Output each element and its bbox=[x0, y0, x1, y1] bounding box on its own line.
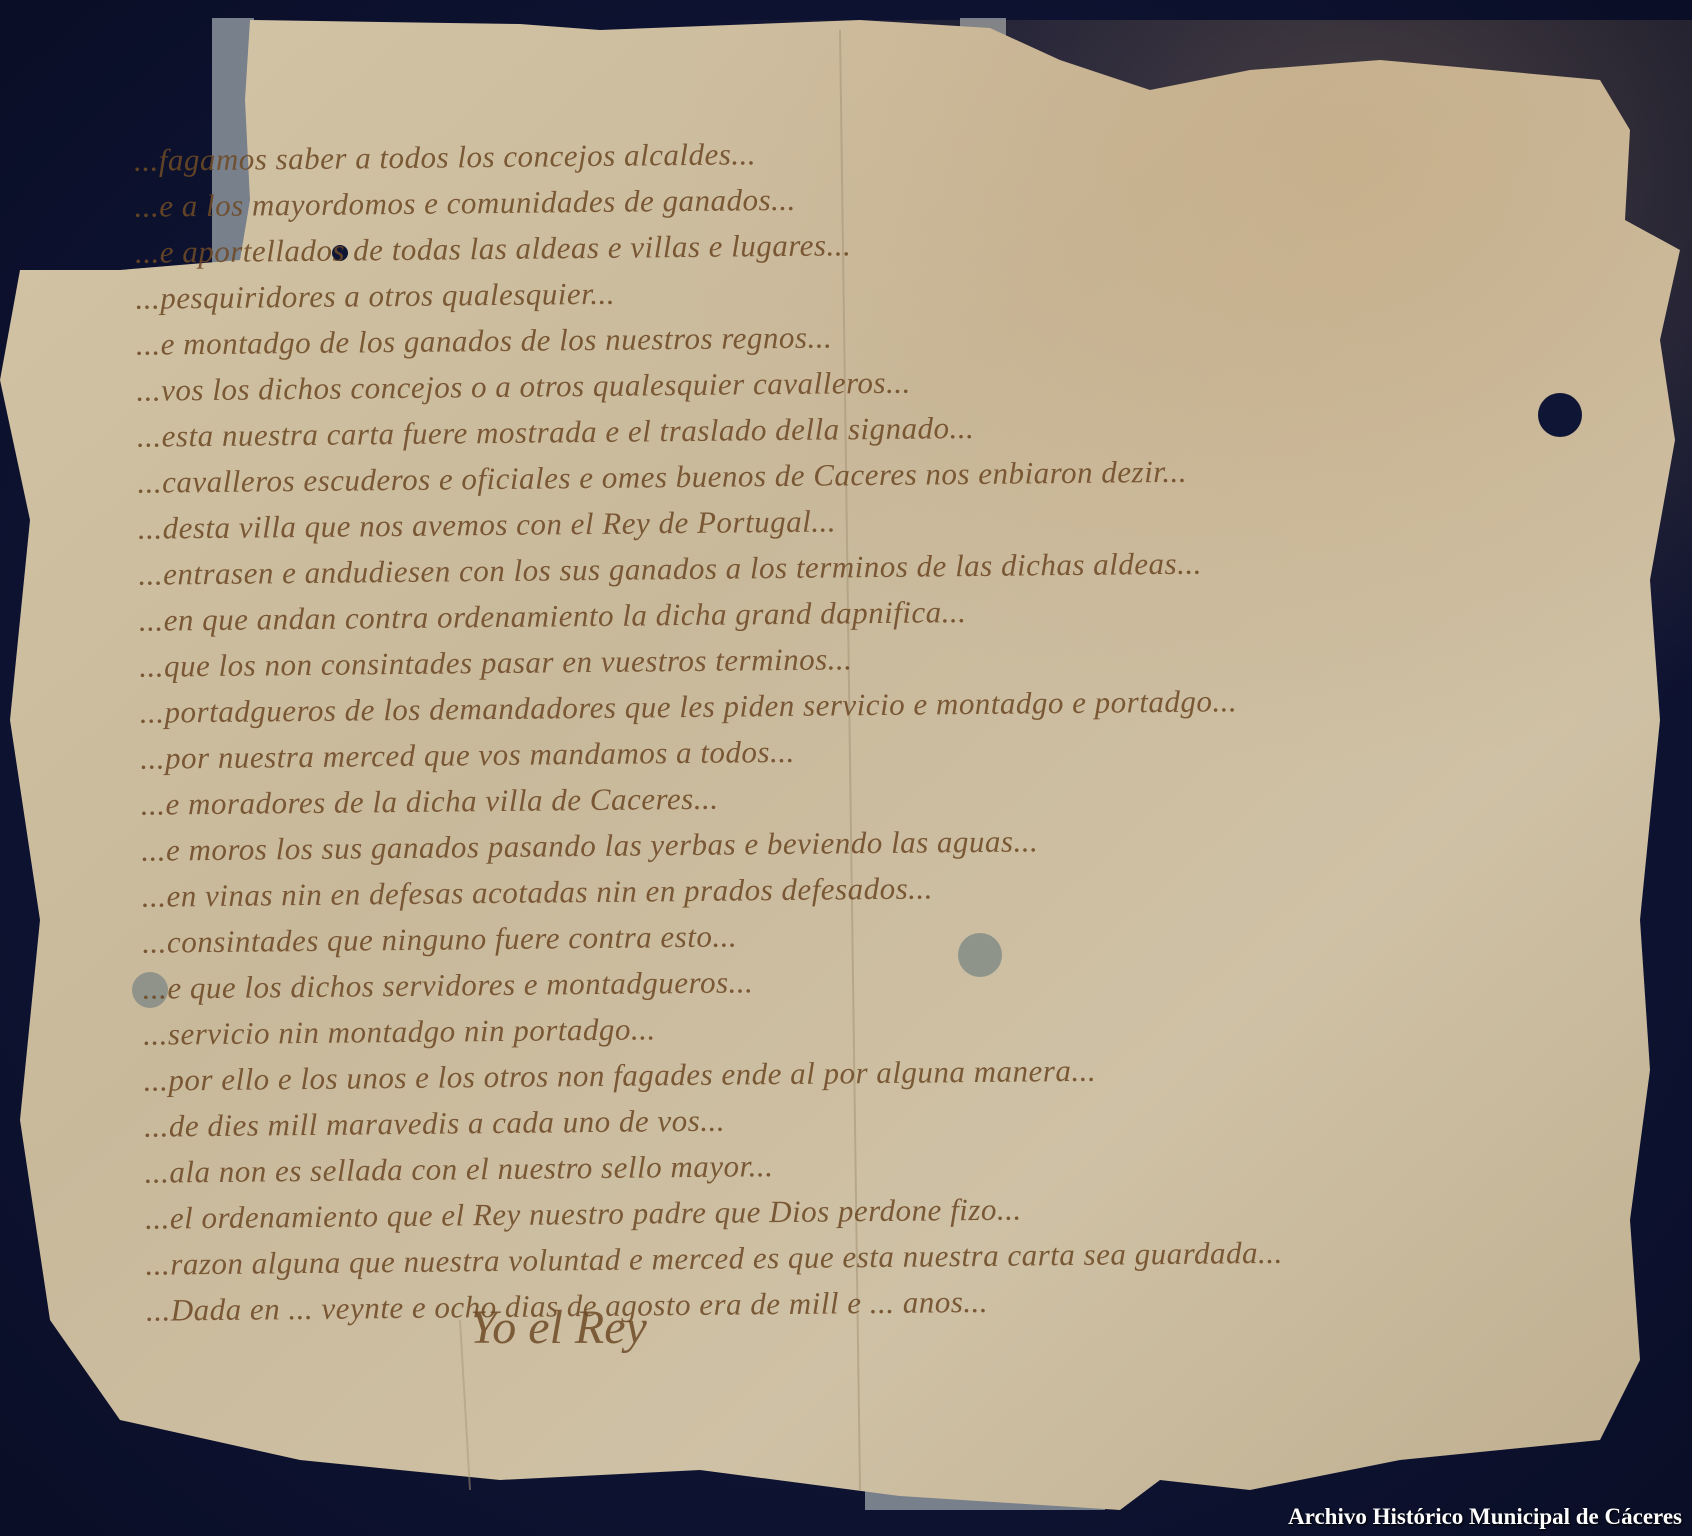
manuscript-text: ...fagamos saber a todos los concejos al… bbox=[134, 122, 1626, 1333]
royal-signature: Yo el Rey bbox=[470, 1300, 647, 1355]
archive-watermark: Archivo Histórico Municipal de Cáceres bbox=[1288, 1504, 1682, 1530]
manuscript-page: ...fagamos saber a todos los concejos al… bbox=[0, 20, 1692, 1516]
